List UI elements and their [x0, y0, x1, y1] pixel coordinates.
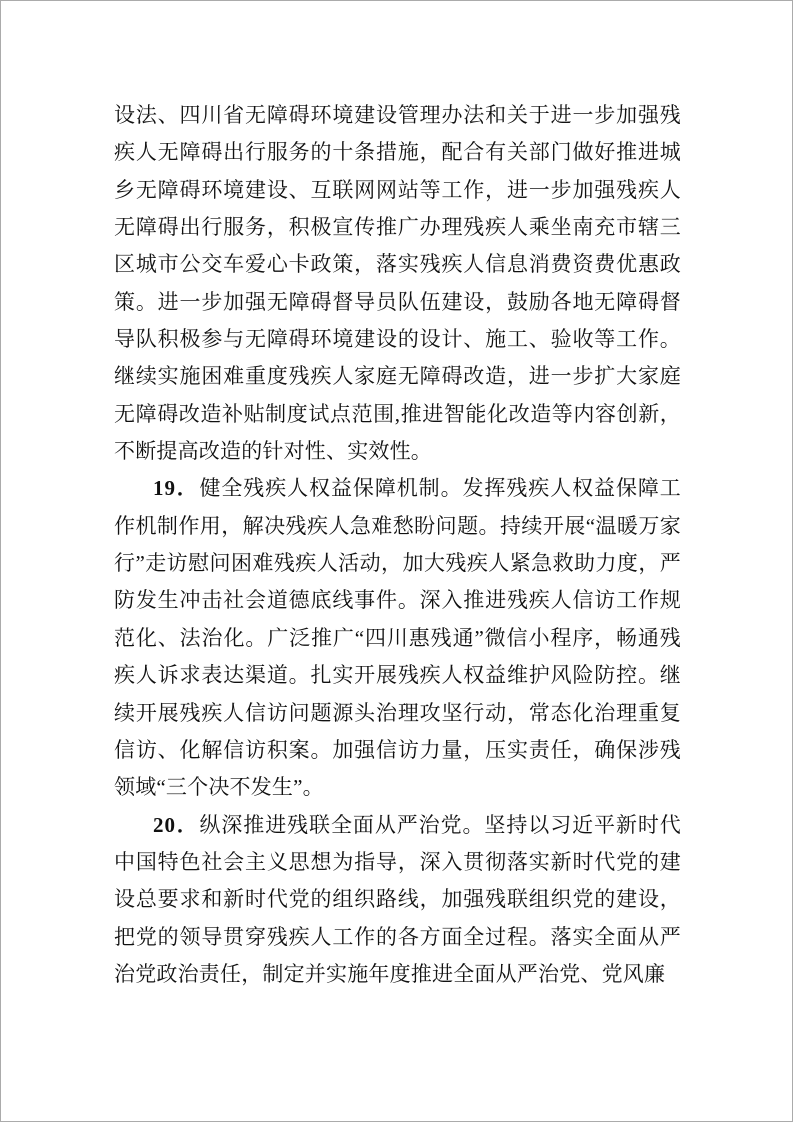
- paragraph-19-line-2: 作机制作用，解决残疾人急难愁盼问题。持续开展“温暖万家: [114, 508, 681, 545]
- paragraph-20-line-3: 设总要求和新时代党的组织路线，加强残联组织党的建设，: [114, 881, 681, 918]
- paragraph-19-line-3: 行”走访慰问困难残疾人活动，加大残疾人紧急救助力度，严: [114, 545, 681, 582]
- paragraph-18-continuation-line-2: 疾人无障碍出行服务的十条措施，配合有关部门做好推进城: [114, 134, 681, 171]
- paragraph-18-continuation-line-5: 区城市公交车爱心卡政策，落实残疾人信息消费资费优惠政: [114, 246, 681, 283]
- document-page: 设法、四川省无障碍环境建设管理办法和关于进一步加强残疾人无障碍出行服务的十条措施…: [0, 0, 793, 1122]
- paragraph-19-line-9: 领域“三个决不发生”。: [114, 769, 681, 806]
- document-body: 设法、四川省无障碍环境建设管理办法和关于进一步加强残疾人无障碍出行服务的十条措施…: [114, 97, 681, 993]
- paragraph-18-continuation-line-10: 不断提高改造的针对性、实效性。: [114, 433, 681, 470]
- paragraph-18-continuation-line-3: 乡无障碍环境建设、互联网网站等工作，进一步加强残疾人: [114, 172, 681, 209]
- paragraph-19-number: 19．: [153, 476, 199, 500]
- paragraph-20-line-1: 20．纵深推进残联全面从严治党。坚持以习近平新时代: [114, 807, 681, 844]
- paragraph-19-line-4: 防发生冲击社会道德底线事件。深入推进残疾人信访工作规: [114, 582, 681, 619]
- paragraph-20-number: 20．: [153, 813, 199, 837]
- paragraph-18-continuation-line-6: 策。进一步加强无障碍督导员队伍建设，鼓励各地无障碍督: [114, 284, 681, 321]
- paragraph-18-continuation-line-7: 导队积极参与无障碍环境建设的设计、施工、验收等工作。: [114, 321, 681, 358]
- paragraph-18-continuation-line-8: 继续实施困难重度残疾人家庭无障碍改造，进一步扩大家庭: [114, 358, 681, 395]
- paragraph-20-line-2: 中国特色社会主义思想为指导，深入贯彻落实新时代党的建: [114, 844, 681, 881]
- paragraph-18-continuation-line-9: 无障碍改造补贴制度试点范围,推进智能化改造等内容创新，: [114, 396, 681, 433]
- paragraph-18-continuation-line-1: 设法、四川省无障碍环境建设管理办法和关于进一步加强残: [114, 97, 681, 134]
- paragraph-19-line-8: 信访、化解信访积案。加强信访力量，压实责任，确保涉残: [114, 732, 681, 769]
- paragraph-19-line-5: 范化、法治化。广泛推广“四川惠残通”微信小程序，畅通残: [114, 620, 681, 657]
- paragraph-19-line-6: 疾人诉求表达渠道。扎实开展残疾人权益维护风险防控。继: [114, 657, 681, 694]
- paragraph-19-line-7: 续开展残疾人信访问题源头治理攻坚行动，常态化治理重复: [114, 695, 681, 732]
- paragraph-18-continuation-line-4: 无障碍出行服务，积极宣传推广办理残疾人乘坐南充市辖三: [114, 209, 681, 246]
- paragraph-20-line-5: 治党政治责任，制定并实施年度推进全面从严治党、党风廉: [114, 956, 681, 993]
- paragraph-20-line-4: 把党的领导贯穿残疾人工作的各方面全过程。落实全面从严: [114, 919, 681, 956]
- paragraph-19-line-1: 19．健全残疾人权益保障机制。发挥残疾人权益保障工: [114, 470, 681, 507]
